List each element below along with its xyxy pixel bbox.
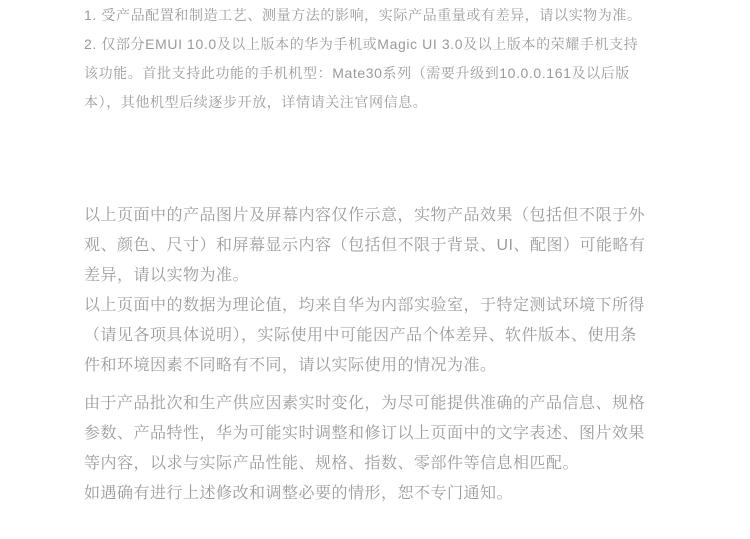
note-line-2: 2. 仅部分EMUI 10.0及以上版本的华为手机或Magic UI 3.0及以… [84,30,720,59]
disclaimer-line: 参数、产品特性，华为可能实时调整和修订以上页面中的文字表述、图片效果 [84,419,720,449]
note-line-3: 该功能。首批支持此功能的手机机型：Mate30系列（需要升级到10.0.0.16… [84,59,720,88]
disclaimer-line: 件和环境因素不同略有不同，请以实际使用的情况为准。 [84,351,720,381]
disclaimer-paragraph-images: 以上页面中的产品图片及屏幕内容仅作示意，实物产品效果（包括但不限于外 观、颜色、… [84,201,720,291]
disclaimer-paragraph-no-notice: 如遇确有进行上述修改和调整必要的情形，恕不专门通知。 [84,479,720,509]
disclaimer-line: 观、颜色、尺寸）和屏幕显示内容（包括但不限于背景、UI、配图）可能略有 [84,231,720,261]
disclaimer-paragraph-revisions: 由于产品批次和生产供应因素实时变化，为尽可能提供准确的产品信息、规格 参数、产品… [84,389,720,479]
disclaimer-line: 等内容，以求与实际产品性能、规格、指数、零部件等信息相匹配。 [84,449,720,479]
note-line-4: 本），其他机型后续逐步开放，详情请关注官网信息。 [84,88,720,117]
disclaimer-line: 以上页面中的数据为理论值，均来自华为内部实验室，于特定测试环境下所得 [84,291,720,321]
note-line-1: 1. 受产品配置和制造工艺、测量方法的影响，实际产品重量或有差异，请以实物为准。 [84,1,720,30]
disclaimer-line: （请见各项具体说明），实际使用中可能因产品个体差异、软件版本、使用条 [84,321,720,351]
product-disclaimer-page: 1. 受产品配置和制造工艺、测量方法的影响，实际产品重量或有差异，请以实物为准。… [0,0,750,539]
disclaimer-line: 如遇确有进行上述修改和调整必要的情形，恕不专门通知。 [84,479,720,509]
product-notes-section: 1. 受产品配置和制造工艺、测量方法的影响，实际产品重量或有差异，请以实物为准。… [84,1,720,117]
disclaimer-line: 以上页面中的产品图片及屏幕内容仅作示意，实物产品效果（包括但不限于外 [84,201,720,231]
legal-disclaimer-section: 以上页面中的产品图片及屏幕内容仅作示意，实物产品效果（包括但不限于外 观、颜色、… [84,201,720,509]
disclaimer-paragraph-lab-data: 以上页面中的数据为理论值，均来自华为内部实验室，于特定测试环境下所得 （请见各项… [84,291,720,381]
disclaimer-line: 由于产品批次和生产供应因素实时变化，为尽可能提供准确的产品信息、规格 [84,389,720,419]
disclaimer-line: 差异，请以实物为准。 [84,261,720,291]
